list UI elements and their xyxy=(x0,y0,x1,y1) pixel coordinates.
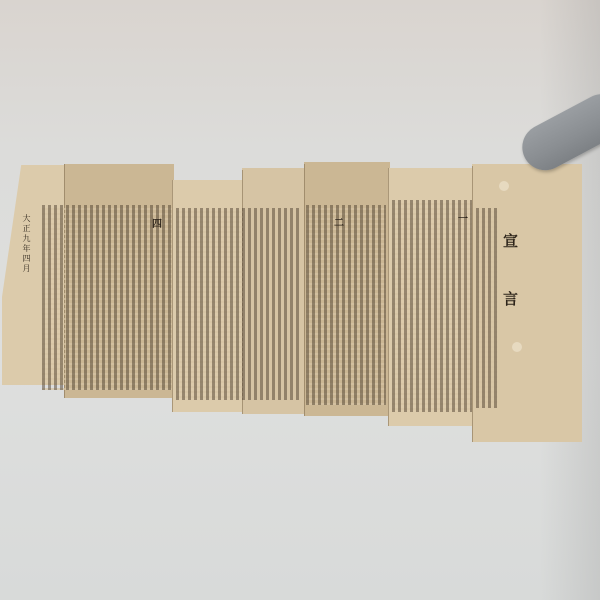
body-text-block xyxy=(476,208,498,408)
fold-line xyxy=(388,168,389,426)
paper-stain xyxy=(499,181,509,191)
body-text-block xyxy=(176,208,302,400)
section-mark-4: 四 xyxy=(152,215,162,230)
paper-stain xyxy=(512,342,522,352)
folded-document: 大正九年四月 四 二 一 宣 言 xyxy=(0,0,600,600)
body-text-block xyxy=(42,205,172,390)
title-char-1: 宣 xyxy=(503,230,518,251)
fold-line xyxy=(172,180,173,412)
fold-line xyxy=(472,166,473,442)
photo-scene: 大正九年四月 四 二 一 宣 言 xyxy=(0,0,600,600)
title-char-2: 言 xyxy=(503,288,518,309)
body-text-block xyxy=(306,205,386,405)
document-date: 大正九年四月 xyxy=(22,214,30,274)
section-mark-2: 二 xyxy=(334,214,344,229)
fold-line xyxy=(304,164,305,416)
section-mark-1: 一 xyxy=(458,210,468,225)
body-text-block xyxy=(392,200,472,412)
